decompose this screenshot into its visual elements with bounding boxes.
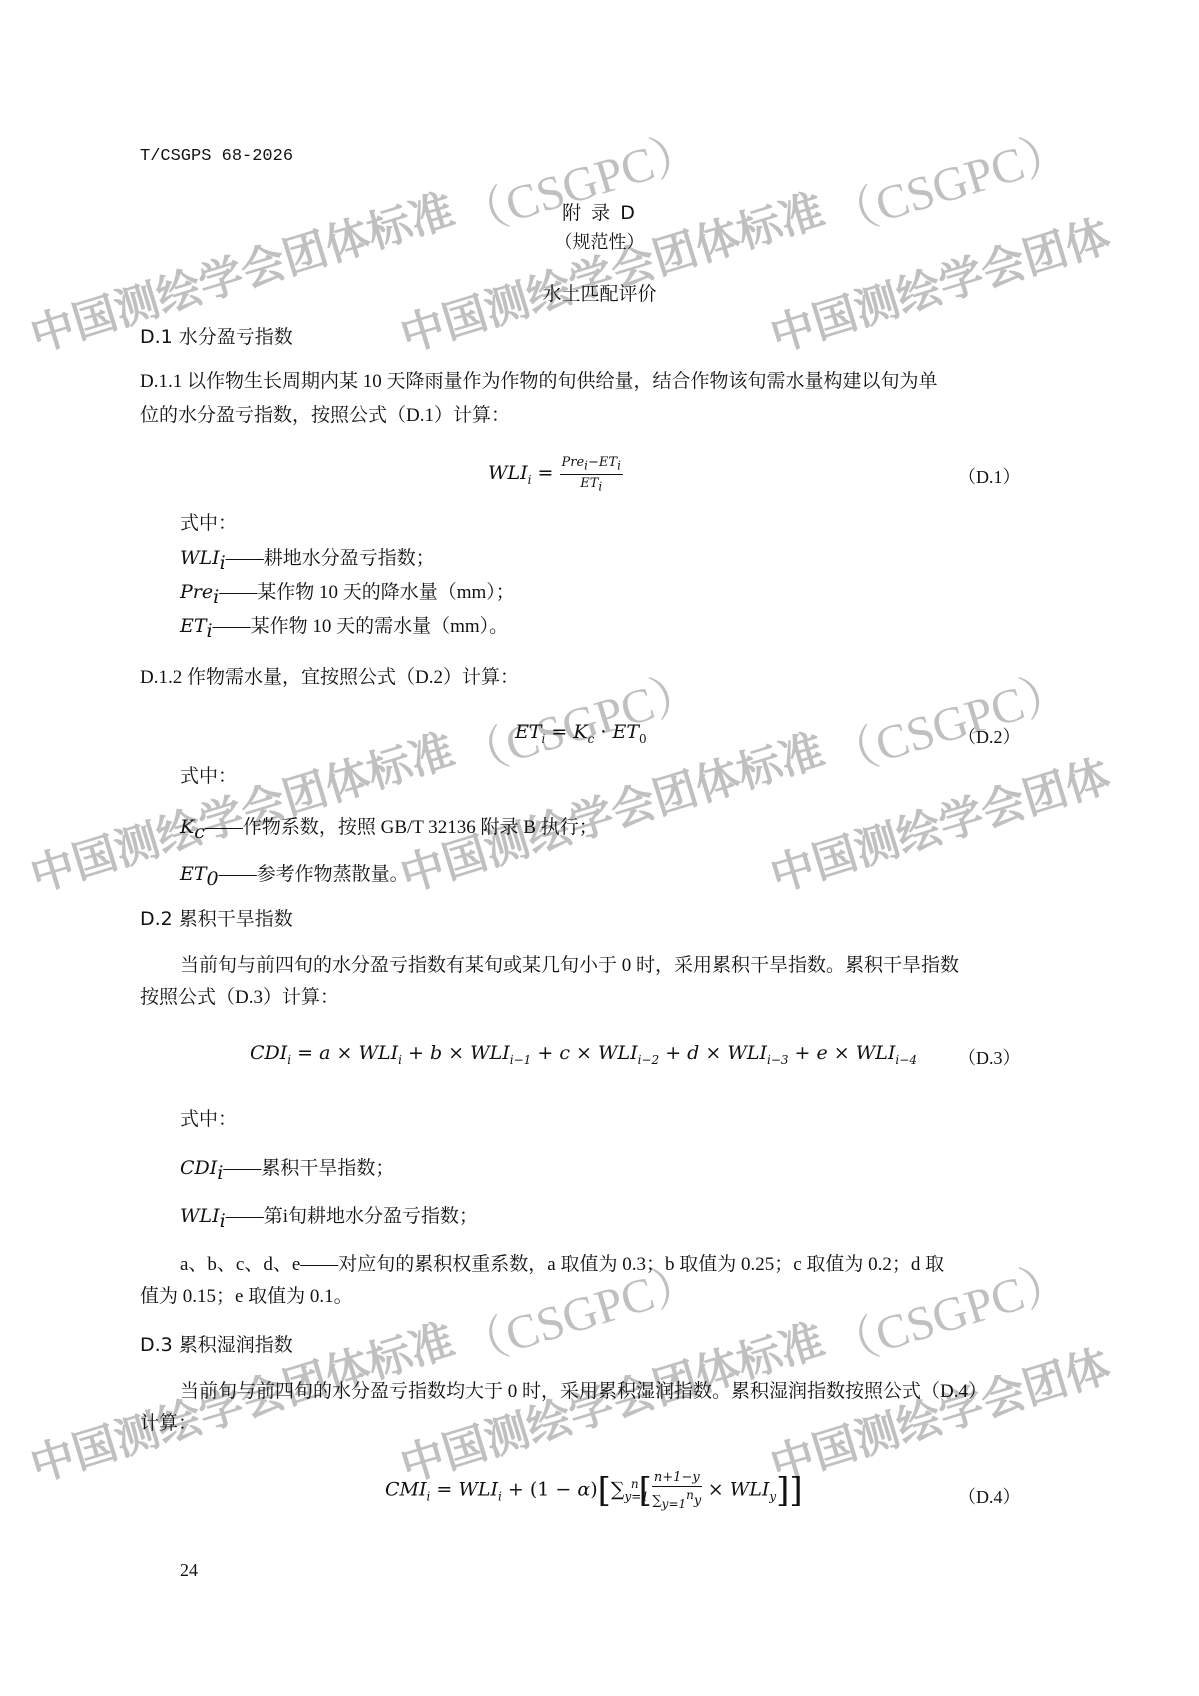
watermark-text: 中国测绘学会团体: [761, 740, 1116, 904]
definition-et0: ET0——参考作物蒸散量。: [180, 862, 409, 891]
where-label-1: 式中：: [180, 512, 237, 536]
section-heading-d3: D.3 累积湿润指数: [140, 1330, 293, 1357]
eq1-lhs: WLI: [488, 462, 528, 484]
equation-d2: ETi = Kc · ET0: [515, 721, 647, 746]
definition-et: ETi——某作物 10 天的需水量（mm）。: [180, 614, 508, 643]
appendix-nature: （规范性）: [0, 228, 1199, 254]
document-id: T/CSGPS 68-2026: [140, 147, 293, 166]
coefficient-definition: a、b、c、d、e——对应旬的累积权重系数，a 取值为 0.3；b 取值为 0.…: [180, 1253, 944, 1277]
equation-d4: CMIi = WLIi + (1 − α)[∑y=1n[n+1−y∑y=1ny …: [385, 1470, 803, 1511]
watermark-text: 中国测绘学会团体: [761, 1330, 1116, 1494]
definition-pre: Prei——某作物 10 天的降水量（mm）；: [180, 580, 515, 609]
paragraph-d3-cont: 计算：: [140, 1412, 197, 1436]
equation-number-d4: （D.4）: [958, 1483, 1021, 1509]
paragraph-d1-1-cont: 位的水分盈亏指数，按照公式（D.1）计算：: [140, 404, 510, 428]
appendix-subject: 水土匹配评价: [0, 279, 1199, 306]
watermark-abbr: （CSGPC）: [820, 650, 1077, 789]
equation-number-d3: （D.3）: [958, 1044, 1021, 1070]
section-heading-d1: D.1 水分盈亏指数: [140, 322, 293, 349]
where-label-3: 式中：: [180, 1108, 237, 1132]
paragraph-d2: 当前旬与前四旬的水分盈亏指数有某旬或某几旬小于 0 时，采用累积干旱指数。累积干…: [180, 954, 959, 978]
where-label-2: 式中：: [180, 765, 237, 789]
paragraph-d2-cont: 按照公式（D.3）计算：: [140, 986, 339, 1010]
section-heading-d2: D.2 累积干旱指数: [140, 904, 293, 931]
paragraph-d1-1: D.1.1 以作物生长周期内某 10 天降雨量作为作物的旬供给量，结合作物该旬需…: [140, 370, 937, 394]
definition-wli: WLIi——耕地水分盈亏指数；: [180, 546, 435, 575]
appendix-title: 附 录 D: [0, 198, 1199, 225]
equation-number-d1: （D.1）: [958, 463, 1021, 489]
equation-d1: WLIi = Prei−ETi ETi: [488, 455, 623, 493]
eq1-fraction: Prei−ETi ETi: [560, 455, 623, 493]
paragraph-d3: 当前旬与前四旬的水分盈亏指数均大于 0 时，采用累积湿润指数。累积湿润指数按照公…: [180, 1380, 987, 1404]
coefficient-definition-cont: 值为 0.15；e 取值为 0.1。: [140, 1285, 353, 1309]
page-number: 24: [180, 1560, 198, 1581]
definition-cdi: CDIi——累积干旱指数；: [180, 1156, 394, 1185]
equation-number-d2: （D.2）: [958, 723, 1021, 749]
equation-d3: CDIi = a × WLIi + b × WLIi−1 + c × WLIi−…: [250, 1042, 917, 1067]
definition-wli-2: WLIi——第i旬耕地水分盈亏指数；: [180, 1204, 478, 1233]
definition-kc: Kc——作物系数，按照 GB/T 32136 附录 B 执行；: [180, 815, 598, 844]
paragraph-d1-2: D.1.2 作物需水量，宜按照公式（D.2）计算：: [140, 666, 519, 690]
